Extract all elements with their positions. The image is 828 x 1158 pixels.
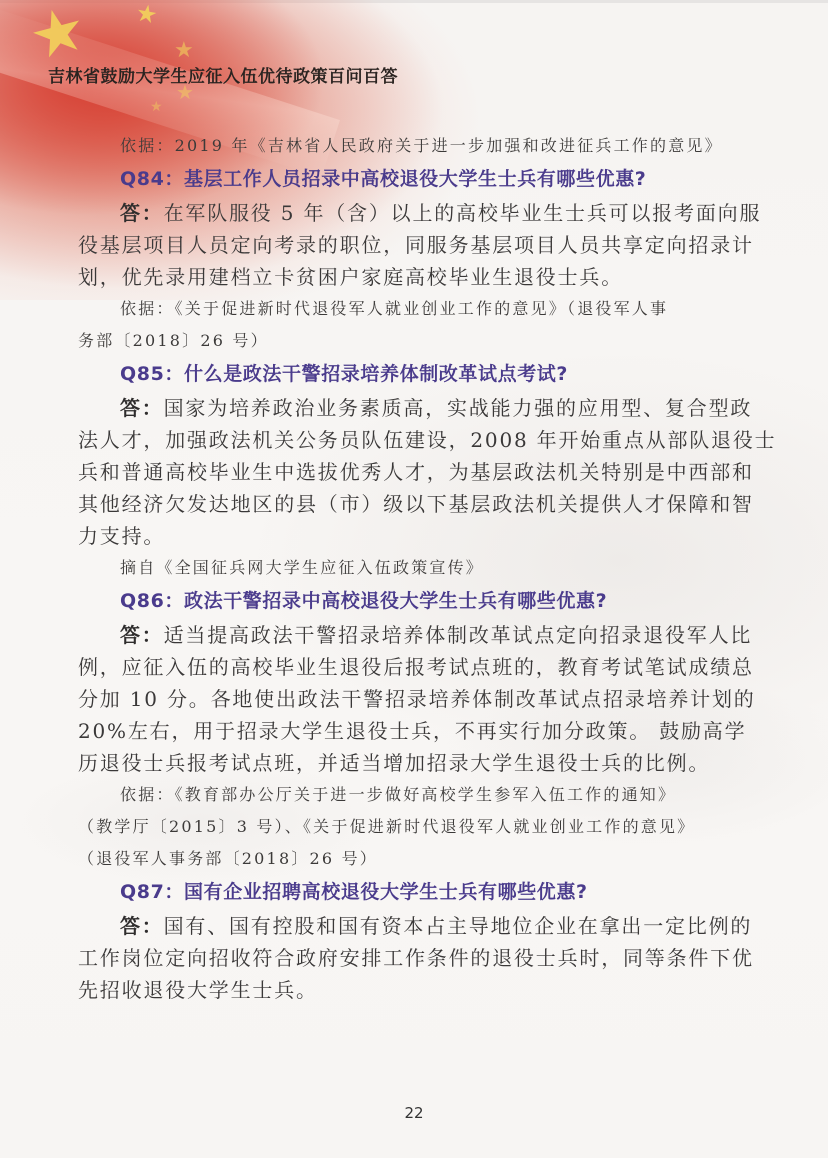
answer-line: 答：国家为培养政治业务素质高，实战能力强的应用型、复合型政 xyxy=(78,392,754,424)
qa-section-q85: Q85：什么是政法干警招录培养体制改革试点考试? 答：国家为培养政治业务素质高，… xyxy=(78,357,754,584)
question-heading: Q86：政法干警招录中高校退役大学生士兵有哪些优惠? xyxy=(78,584,754,619)
basis-citation: （教学厅〔2015〕3 号）、《关于促进新时代退役军人就业创业工作的意见》 xyxy=(78,811,754,843)
answer-line: 例，应征入伍的高校毕业生退役后报考试点班的，教育考试笔试成绩总 xyxy=(78,651,754,683)
answer-line: 答：在军队服役 5 年（含）以上的高校毕业生士兵可以报考面向服 xyxy=(78,197,754,229)
answer-line: 划，优先录用建档立卡贫困户家庭高校毕业生退役士兵。 xyxy=(78,261,754,293)
document-body: 依据：2019 年《吉林省人民政府关于进一步加强和改进征兵工作的意见》 Q84：… xyxy=(78,130,754,1006)
basis-citation: 依据：《教育部办公厅关于进一步做好高校学生参军入伍工作的通知》 xyxy=(78,779,754,811)
source-citation: 摘自《全国征兵网大学生应征入伍政策宣传》 xyxy=(78,552,754,584)
basis-citation: 依据：2019 年《吉林省人民政府关于进一步加强和改进征兵工作的意见》 xyxy=(78,130,754,162)
answer-line: 法人才，加强政法机关公务员队伍建设，2008 年开始重点从部队退役士 xyxy=(78,424,754,456)
answer-line: 工作岗位定向招收符合政府安排工作条件的退役士兵时，同等条件下优 xyxy=(78,942,754,974)
document-page: ★ ★ ★ ★ ★ 吉林省鼓励大学生应征入伍优待政策百问百答 依据：2019 年… xyxy=(0,0,828,1158)
star-icon: ★ xyxy=(134,0,159,27)
answer-line: 役基层项目人员定向考录的职位，同服务基层项目人员共享定向招录计 xyxy=(78,229,754,261)
answer-label: 答： xyxy=(120,623,164,647)
question-heading: Q85：什么是政法干警招录培养体制改革试点考试? xyxy=(78,357,754,392)
qa-section-q86: Q86：政法干警招录中高校退役大学生士兵有哪些优惠? 答：适当提高政法干警招录培… xyxy=(78,584,754,875)
answer-label: 答： xyxy=(120,201,164,225)
question-heading: Q87：国有企业招聘高校退役大学生士兵有哪些优惠? xyxy=(78,875,754,910)
answer-line: 答：适当提高政法干警招录培养体制改革试点定向招录退役军人比 xyxy=(78,619,754,651)
document-header-title: 吉林省鼓励大学生应征入伍优待政策百问百答 xyxy=(48,62,398,87)
page-number: 22 xyxy=(0,1104,828,1122)
answer-line: 历退役士兵报考试点班，并适当增加招录大学生退役士兵的比例。 xyxy=(78,747,754,779)
basis-citation: （退役军人事务部〔2018〕26 号） xyxy=(78,843,754,875)
answer-line: 其他经济欠发达地区的县（市）级以下基层政法机关提供人才保障和智 xyxy=(78,488,754,520)
answer-line: 力支持。 xyxy=(78,520,754,552)
star-icon: ★ xyxy=(174,40,194,62)
star-icon: ★ xyxy=(150,100,163,114)
answer-label: 答： xyxy=(120,396,164,420)
answer-line: 答：国有、国有控股和国有资本占主导地位企业在拿出一定比例的 xyxy=(78,910,754,942)
qa-section-q87: Q87：国有企业招聘高校退役大学生士兵有哪些优惠? 答：国有、国有控股和国有资本… xyxy=(78,875,754,1006)
answer-line: 分加 10 分。各地使出政法干警招录培养体制改革试点招录培养计划的 xyxy=(78,683,754,715)
basis-citation: 依据：《关于促进新时代退役军人就业创业工作的意见》（退役军人事 xyxy=(78,293,754,325)
answer-label: 答： xyxy=(120,914,164,938)
qa-section-q84: Q84：基层工作人员招录中高校退役大学生士兵有哪些优惠? 答：在军队服役 5 年… xyxy=(78,162,754,357)
basis-citation: 务部〔2018〕26 号） xyxy=(78,325,754,357)
answer-line: 20%左右，用于招录大学生退役士兵，不再实行加分政策。 鼓励高学 xyxy=(78,715,754,747)
answer-line: 兵和普通高校毕业生中选拔优秀人才，为基层政法机关特别是中西部和 xyxy=(78,456,754,488)
question-heading: Q84：基层工作人员招录中高校退役大学生士兵有哪些优惠? xyxy=(78,162,754,197)
answer-line: 先招收退役大学生士兵。 xyxy=(78,974,754,1006)
